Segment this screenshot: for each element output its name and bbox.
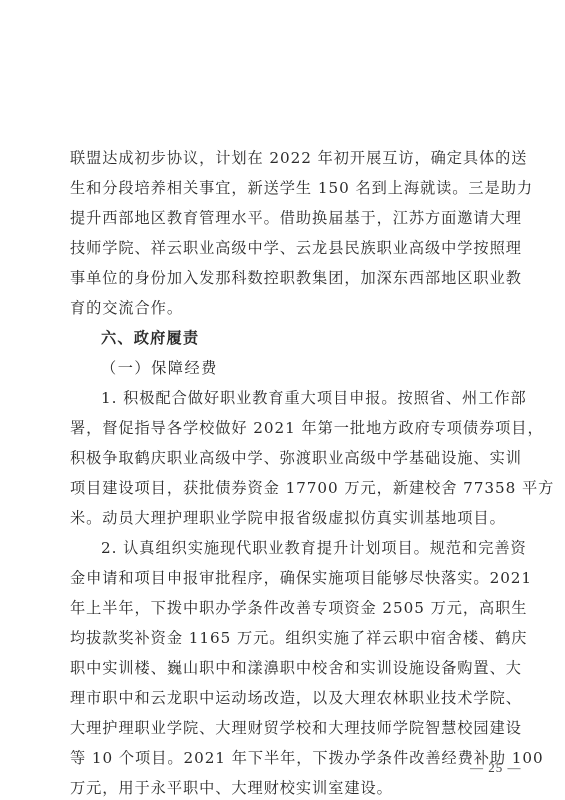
section-heading: 六、政府履责 <box>101 327 199 349</box>
text-line: 事单位的身份加入发那科数控职教集团，加深东西部地区职业教 <box>70 267 500 289</box>
text-line: 项目建设项目，获批债券资金 17700 万元，新建校舍 77358 平方 <box>70 477 500 499</box>
text-line: 万元，用于永平职中、大理财校实训室建设。 <box>70 777 500 799</box>
text-line: 1. 积极配合做好职业教育重大项目申报。按照省、州工作部 <box>101 387 500 409</box>
text-line: 育的交流合作。 <box>70 297 500 319</box>
text-line: 金申请和项目申报审批程序，确保实施项目能够尽快落实。2021 <box>70 567 500 589</box>
text-line: 技师学院、祥云职业高级中学、云龙县民族职业高级中学按照理 <box>70 237 500 259</box>
subsection-heading: （一）保障经费 <box>101 357 218 379</box>
text-line: 职中实训楼、巍山职中和漾濞职中校舍和实训设施设备购置、大 <box>70 657 500 679</box>
text-line: 理市职中和云龙职中运动场改造，以及大理农林职业技术学院、 <box>70 687 500 709</box>
text-line: 生和分段培养相关事宜，新送学生 150 名到上海就读。三是助力 <box>70 177 500 199</box>
text-line: 均拔款奖补资金 1165 万元。组织实施了祥云职中宿舍楼、鹤庆 <box>70 627 500 649</box>
text-line: 年上半年，下拨中职办学条件改善专项资金 2505 万元，高职生 <box>70 597 500 619</box>
text-line: 2. 认真组织实施现代职业教育提升计划项目。规范和完善资 <box>101 537 500 559</box>
text-line: 积极争取鹤庆职业高级中学、弥渡职业高级中学基础设施、实训 <box>70 447 500 469</box>
page-number: — 25 — <box>470 760 522 776</box>
text-line: 米。动员大理护理职业学院申报省级虚拟仿真实训基地项目。 <box>70 507 500 529</box>
text-line: 等 10 个项目。2021 年下半年，下拨办学条件改善经费补助 100 <box>70 747 500 769</box>
text-line: 大理护理职业学院、大理财贸学校和大理技师学院智慧校园建设 <box>70 717 500 739</box>
document-page: 联盟达成初步协议，计划在 2022 年初开展互访，确定具体的送 生和分段培养相关… <box>0 0 565 800</box>
text-line: 提升西部地区教育管理水平。借助换届基于，江苏方面邀请大理 <box>70 207 500 229</box>
text-line: 联盟达成初步协议，计划在 2022 年初开展互访，确定具体的送 <box>70 147 500 169</box>
text-line: 署，督促指导各学校做好 2021 年第一批地方政府专项债券项目， <box>70 417 500 439</box>
